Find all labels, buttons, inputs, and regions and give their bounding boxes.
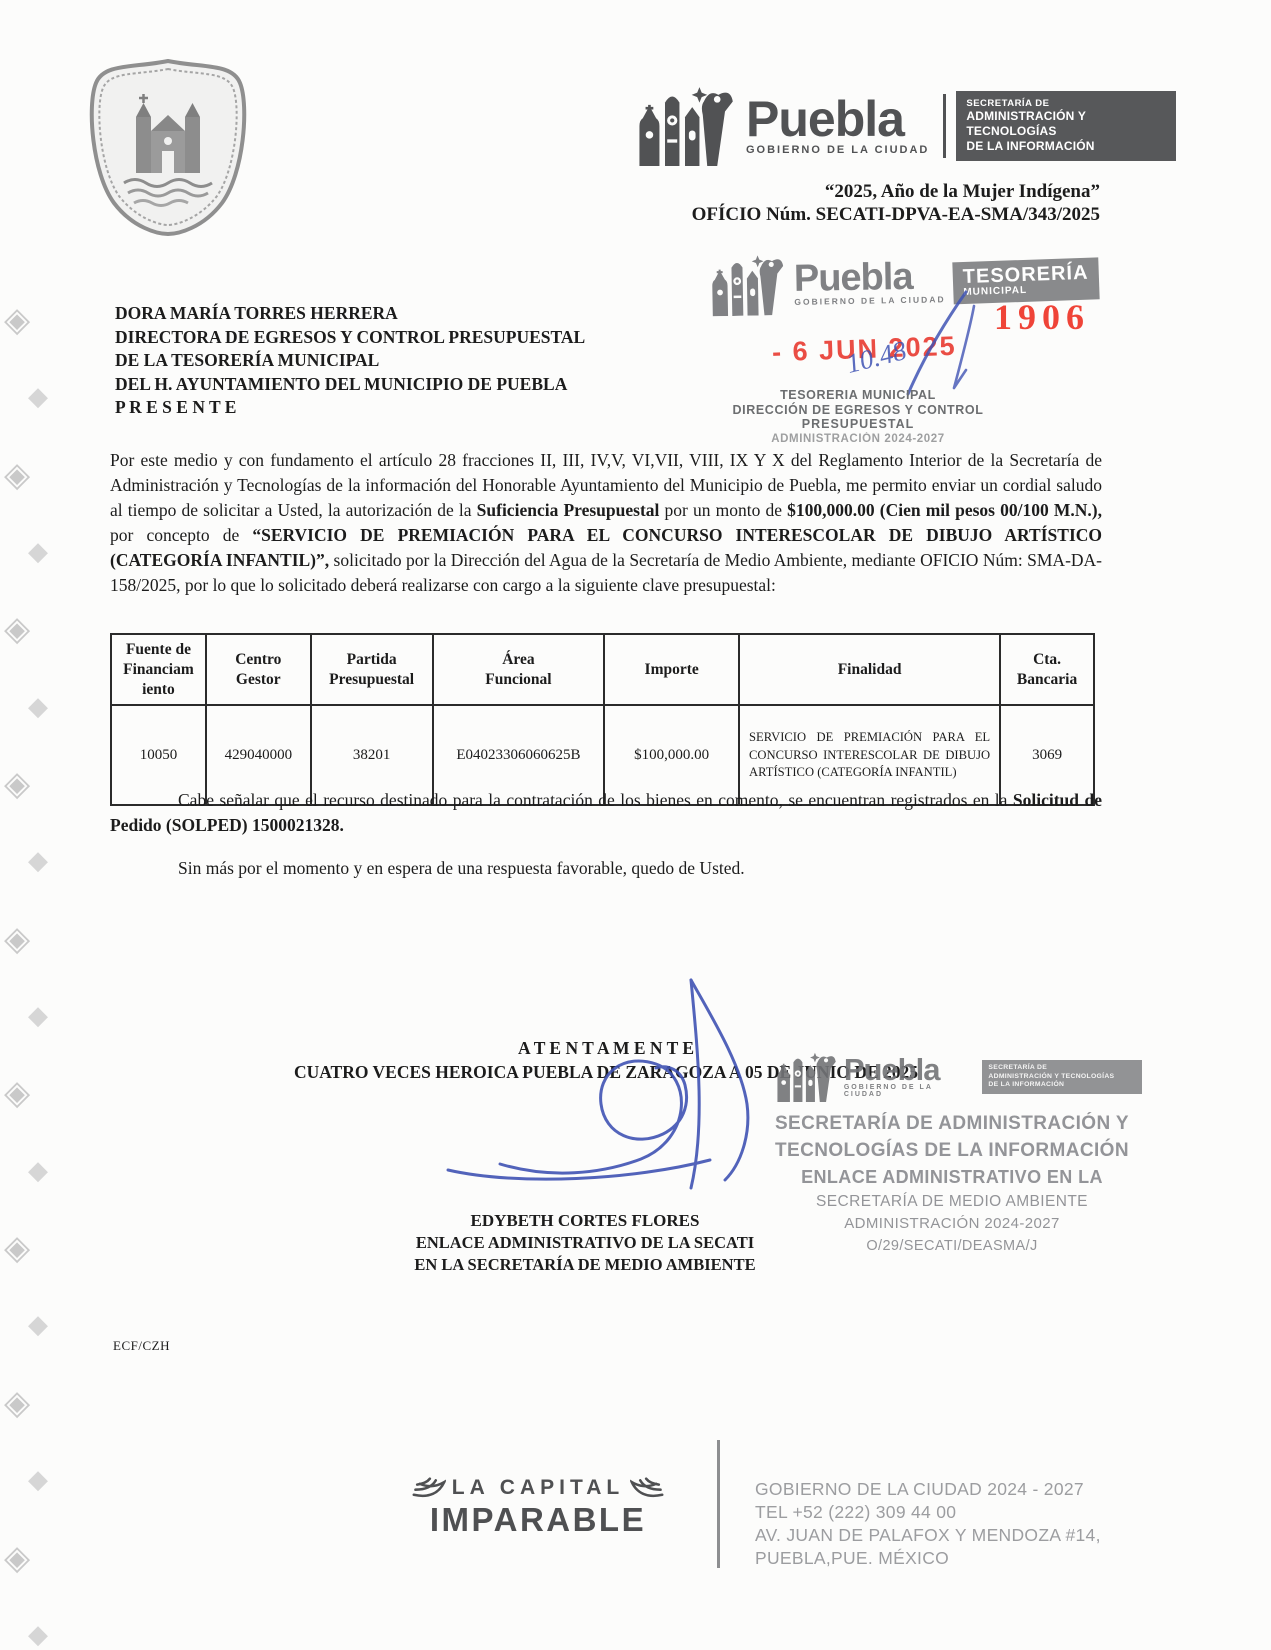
wing-right-icon: [630, 1477, 664, 1499]
ornament-diamond-icon: ◈: [4, 1073, 30, 1113]
handwritten-signature: [438, 972, 783, 1212]
ornament-diamond-icon: ◈: [4, 764, 30, 804]
col-header-importe: Importe: [604, 634, 739, 705]
secretariat-line2: ADMINISTRACIÓN Y TECNOLOGÍAS: [966, 109, 1166, 139]
left-ornament-column: ◈◆◈◆◈◆◈◆◈◆◈◆◈◆◈◆◈◆: [2, 300, 72, 1650]
secretariat-box: SECRETARÍA DE ADMINISTRACIÓN Y TECNOLOGÍ…: [956, 91, 1176, 162]
footer-address-line2: PUEBLA,PUE. MÉXICO: [755, 1547, 1135, 1570]
col-header-finalidad: Finalidad: [739, 634, 1000, 705]
body-paragraph-1: Por este medio y con fundamento el artíc…: [110, 448, 1102, 598]
budget-key-table: Fuente de Financiam iento Centro Gestor …: [110, 633, 1095, 806]
dept-line2: DIRECCIÓN DE EGRESOS Y CONTROL: [693, 403, 1023, 418]
footer-divider: [717, 1440, 720, 1568]
oficio-number: OFÍCIO Núm. SECATI-DPVA-EA-SMA/343/2025: [480, 203, 1100, 226]
ornament-diamond-icon: ◆: [28, 692, 48, 722]
puebla-skyline-icon: [707, 254, 786, 316]
ornament-diamond-icon: ◈: [4, 455, 30, 495]
puebla-skyline-icon: [774, 1052, 838, 1102]
oficio-document-page: ◈◆◈◆◈◆◈◆◈◆◈◆◈◆◈◆◈◆ Puebla GOBIERNO DE LA…: [0, 0, 1271, 1650]
ornament-diamond-icon: ◆: [28, 537, 48, 567]
secretariat-line3: DE LA INFORMACIÓN: [988, 1081, 1136, 1090]
table-header-row: Fuente de Financiam iento Centro Gestor …: [111, 634, 1094, 705]
slogan-line2: IMPARABLE: [388, 1501, 688, 1539]
secretariat-line1: SECRETARÍA DE: [966, 98, 1166, 110]
recipient-presente: P R E S E N T E: [115, 396, 585, 420]
ornament-diamond-icon: ◆: [28, 1156, 48, 1186]
footer-phone-line: TEL +52 (222) 309 44 00: [755, 1501, 1135, 1524]
secati-stamp-text: SECRETARÍA DE ADMINISTRACIÓN Y TECNOLOGÍ…: [762, 1110, 1142, 1257]
dept-line1: TESORERIA MUNICIPAL: [693, 388, 1023, 403]
body-paragraph-3: Sin más por el momento y en espera de un…: [110, 856, 1102, 881]
footer-government-line: GOBIERNO DE LA CIUDAD 2024 - 2027: [755, 1478, 1135, 1501]
coat-of-arms-seal: [84, 55, 252, 239]
ornament-diamond-icon: ◆: [28, 1310, 48, 1340]
secati-line4: SECRETARÍA DE MEDIO AMBIENTE: [762, 1190, 1142, 1213]
col-header-cta-bancaria: Cta. Bancaria: [1000, 634, 1094, 705]
col-header-fuente: Fuente de Financiam iento: [111, 634, 206, 705]
department-stamp-text: TESORERIA MUNICIPAL DIRECCIÓN DE EGRESOS…: [693, 388, 1023, 446]
body-paragraph-2: Cabe señalar que el recurso destinado pa…: [110, 788, 1102, 838]
secati-stamp-logo: Puebla GOBIERNO DE LA CIUDAD SECRETARÍA …: [774, 1052, 1142, 1102]
ornament-diamond-icon: ◆: [28, 382, 48, 412]
ornament-diamond-icon: ◈: [4, 609, 30, 649]
recipient-title2: DE LA TESORERÍA MUNICIPAL: [115, 349, 585, 373]
secati-line6: O/29/SECATI/DEASMA/J: [762, 1235, 1142, 1257]
secretariat-mini-box: SECRETARÍA DE ADMINISTRACIÓN Y TECNOLOGÍ…: [982, 1060, 1142, 1094]
footer-address-line1: AV. JUAN DE PALAFOX Y MENDOZA #14,: [755, 1524, 1135, 1547]
secati-stamp: Puebla GOBIERNO DE LA CIUDAD SECRETARÍA …: [762, 1052, 1142, 1257]
ornament-diamond-icon: ◈: [4, 300, 30, 340]
year-legend: “2025, Año de la Mujer Indígena”: [480, 180, 1100, 203]
capital-imparable-logo: LA CAPITAL IMPARABLE: [388, 1476, 688, 1539]
recipient-block: DORA MARÍA TORRES HERRERA DIRECTORA DE E…: [115, 302, 585, 420]
dept-line3: PRESUPUESTAL: [693, 417, 1023, 432]
ornament-diamond-icon: ◆: [28, 846, 48, 876]
header-brand-lockup: Puebla GOBIERNO DE LA CIUDAD SECRETARÍA …: [634, 86, 1176, 166]
ornament-diamond-icon: ◈: [4, 1228, 30, 1268]
brand-divider: [943, 94, 946, 158]
secati-line2: TECNOLOGÍAS DE LA INFORMACIÓN: [762, 1137, 1142, 1164]
letterhead-reference: “2025, Año de la Mujer Indígena” OFÍCIO …: [480, 180, 1100, 226]
col-header-centro-gestor: Centro Gestor: [206, 634, 311, 705]
puebla-skyline-icon: [634, 86, 736, 166]
ornament-diamond-icon: ◆: [28, 1465, 48, 1495]
secati-line3: ENLACE ADMINISTRATIVO EN LA: [762, 1164, 1142, 1190]
recipient-title1: DIRECTORA DE EGRESOS Y CONTROL PRESUPUES…: [115, 326, 585, 350]
brand-wordmark: Puebla: [746, 97, 929, 142]
secati-line1: SECRETARÍA DE ADMINISTRACIÓN Y: [762, 1110, 1142, 1137]
brand-wordmark: Puebla: [844, 1056, 976, 1084]
secati-line5: ADMINISTRACIÓN 2024-2027: [762, 1213, 1142, 1235]
footer-contact-block: GOBIERNO DE LA CIUDAD 2024 - 2027 TEL +5…: [755, 1478, 1135, 1570]
recipient-name: DORA MARÍA TORRES HERRERA: [115, 302, 585, 326]
wing-left-icon: [412, 1477, 446, 1499]
document-initials: ECF/CZH: [113, 1338, 170, 1354]
col-header-area-funcional: Área Funcional: [433, 634, 605, 705]
ornament-diamond-icon: ◈: [4, 1538, 30, 1578]
ornament-diamond-icon: ◈: [4, 919, 30, 959]
folio-number-stamp: 1906: [994, 296, 1090, 338]
secretariat-line3: DE LA INFORMACIÓN: [966, 139, 1166, 154]
dept-line4: ADMINISTRACIÓN 2024-2027: [693, 432, 1023, 447]
col-header-partida: Partida Presupuestal: [311, 634, 433, 705]
slogan-line1: LA CAPITAL: [452, 1476, 624, 1500]
ornament-diamond-icon: ◆: [28, 1001, 48, 1031]
brand-tagline: GOBIERNO DE LA CIUDAD: [746, 144, 929, 156]
pen-stroke: [896, 286, 986, 401]
signatory-title2: EN LA SECRETARÍA DE MEDIO AMBIENTE: [195, 1254, 975, 1276]
ornament-diamond-icon: ◆: [28, 1620, 48, 1650]
secretariat-line1: SECRETARÍA DE: [988, 1064, 1136, 1073]
reception-stamp-cluster: Puebla GOBIERNO DE LA CIUDAD TESORERÍA M…: [668, 246, 1113, 461]
brand-tagline: GOBIERNO DE LA CIUDAD: [844, 1084, 976, 1098]
ornament-diamond-icon: ◈: [4, 1383, 30, 1423]
recipient-title3: DEL H. AYUNTAMIENTO DEL MUNICIPIO DE PUE…: [115, 373, 585, 397]
